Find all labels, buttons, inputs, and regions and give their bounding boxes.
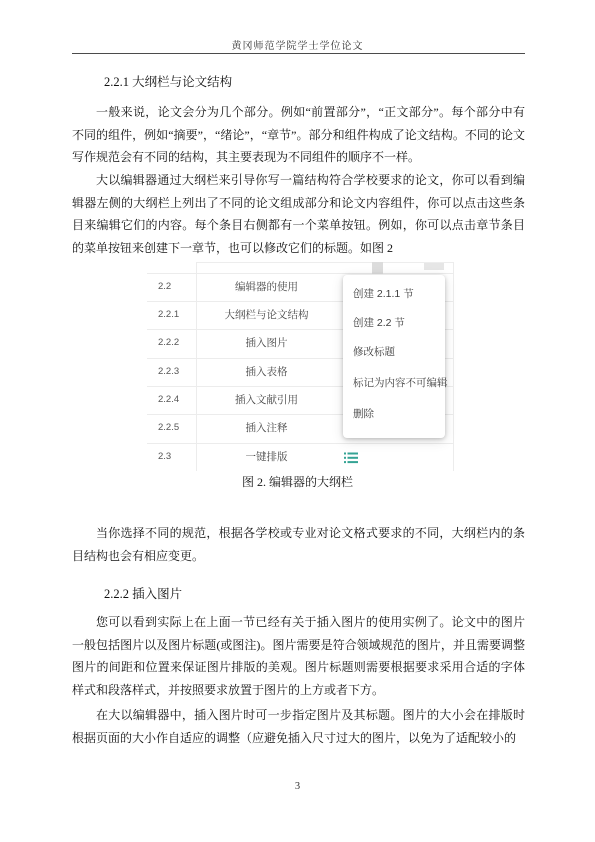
figure-outline-screenshot: 2.2 编辑器的使用 2.2.1 大纲栏与论文结构 2.2.2 插入图片 2.2… [147,262,457,471]
outline-row-title: 插入表格 [196,358,337,386]
ui-fragment [424,263,444,270]
outline-row-title: 一键排版 [196,443,337,471]
scrollbar-fragment [372,262,383,274]
figure-caption: 图 2. 编辑器的大纲栏 [0,473,595,490]
outline-row-title: 插入注释 [196,414,337,442]
outline-row-title: 编辑器的使用 [196,273,337,301]
list-icon [344,451,358,463]
page-number: 3 [0,781,595,792]
outline-row-number: 2.2.1 [158,301,194,329]
outline-row-title: 插入文献引用 [196,386,337,414]
figure-top-border [196,262,453,263]
paragraph: 在大以编辑器中，插入图片时可一步指定图片及其标题。图片的大小会在排版时根据页面的… [72,704,525,749]
outline-row-number: 2.2.3 [158,358,194,386]
paragraph: 您可以看到实际上在上面一节已经有关于插入图片的使用实例了。论文中的图片一般包括图… [72,611,525,702]
context-menu: 创建 2.1.1 节 创建 2.2 节 修改标题 标记为内容不可编辑 删除 [343,275,445,438]
outline-row-number: 2.3 [158,443,194,471]
menu-item-create-2-1-1: 创建 2.1.1 节 [353,287,414,301]
section-heading-222: 2.2.2 插入图片 [72,584,182,602]
menu-item-rename: 修改标题 [353,345,395,359]
outline-row-number: 2.2 [158,273,194,301]
outline-row-title: 大纲栏与论文结构 [196,301,337,329]
outline-row-title: 插入图片 [196,329,337,357]
running-header: 黄冈师范学院学士学位论文 [0,37,595,52]
paragraph: 当你选择不同的规范，根据各学校或专业对论文格式要求的不同，大纲栏内的条目结构也会… [72,522,525,567]
outline-row-number: 2.2.5 [158,414,194,442]
paragraph: 大以编辑器通过大纲栏来引导你写一篇结构符合学校要求的论文，你可以看到编辑器左侧的… [72,169,525,260]
figure-right-border [453,262,454,471]
menu-item-mark-readonly: 标记为内容不可编辑 [353,376,448,390]
outline-row-number: 2.2.4 [158,386,194,414]
header-rule [72,53,525,54]
outline-row-number: 2.2.2 [158,329,194,357]
paragraph: 一般来说，论文会分为几个部分。例如“前置部分”，“正文部分”。每个部分中有不同的… [72,101,525,169]
menu-item-delete: 删除 [353,407,374,421]
menu-item-create-2-2: 创建 2.2 节 [353,316,405,330]
section-heading-221: 2.2.1 大纲栏与论文结构 [72,72,232,90]
document-page: 黄冈师范学院学士学位论文 2.2.1 大纲栏与论文结构 一般来说，论文会分为几个… [0,0,595,842]
